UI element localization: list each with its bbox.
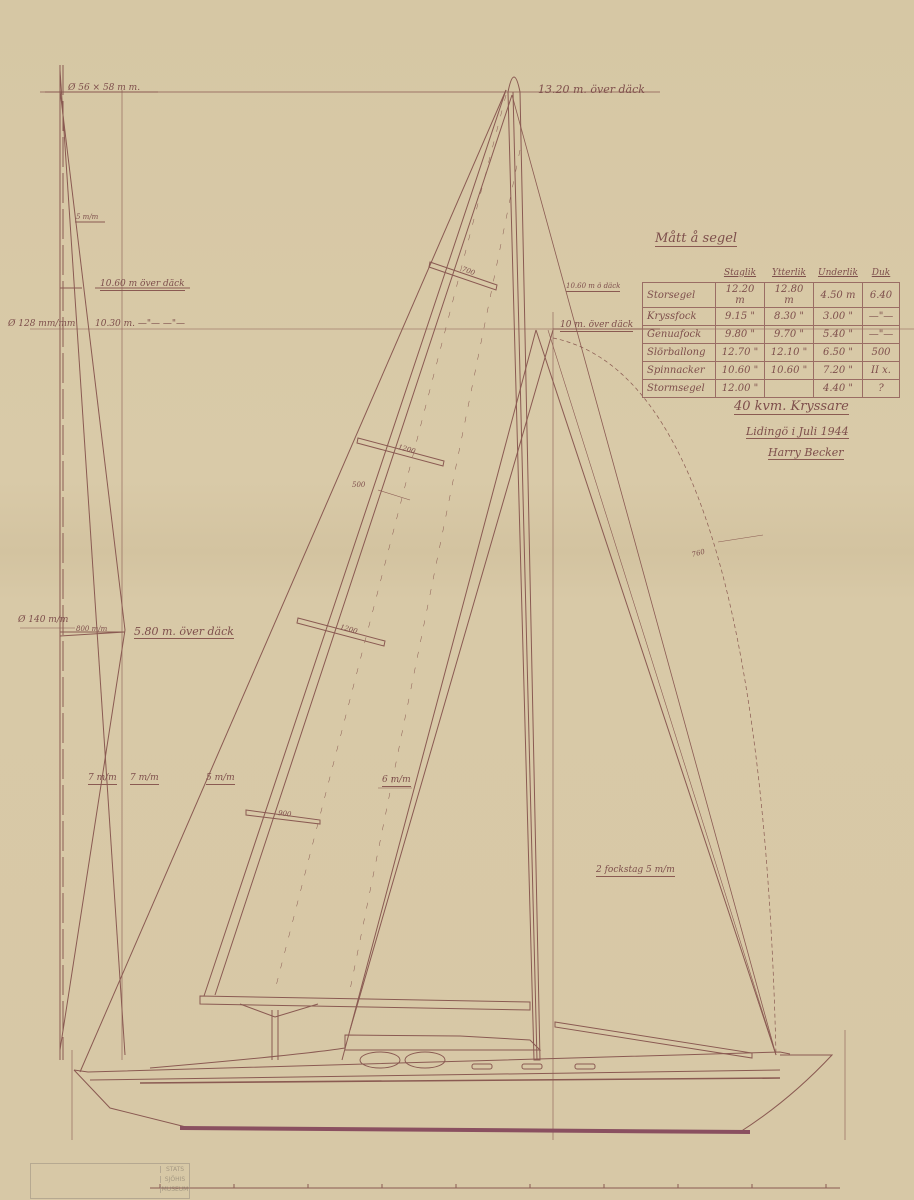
forestay-10m-label: 10 m. över däck bbox=[560, 321, 633, 332]
mast bbox=[508, 77, 540, 1060]
place-date: Lidingö i Juli 1944 bbox=[746, 426, 849, 439]
jib-luff bbox=[342, 330, 536, 1060]
backstay bbox=[80, 90, 506, 1072]
spreader-lower-label: 5.80 m. över däck bbox=[134, 626, 234, 639]
porthole bbox=[405, 1052, 445, 1068]
col-header bbox=[643, 264, 716, 283]
height-10-30-label: 10.30 m. —"— —"— bbox=[95, 320, 185, 329]
spreader-upper-label: 10.60 m över däck bbox=[100, 280, 185, 291]
sail-plan-drawing bbox=[0, 0, 914, 1200]
mast-top-height-label: 13.20 m. över däck bbox=[538, 84, 645, 95]
dimension-500-label: 500 bbox=[352, 482, 365, 489]
sail-table-title: Mått å segel bbox=[655, 232, 737, 247]
shroud-6mm-label: 6 m/m bbox=[382, 776, 411, 787]
shroud-7mm-a-label: 7 m/m bbox=[88, 774, 117, 785]
mast-section-mid-label: Ø 128 mm/mm bbox=[8, 320, 75, 329]
batten-4-label: 900 bbox=[278, 810, 292, 819]
mainsail-luff bbox=[204, 90, 506, 996]
mast-section-top-label: Ø 56 × 58 m m. bbox=[68, 84, 140, 93]
forestays-label: 2 fockstag 5 m/m bbox=[596, 866, 675, 877]
shroud-5mm-label: 5 m/m bbox=[206, 774, 235, 785]
col-header-duk: Duk bbox=[863, 264, 900, 283]
shroud-5mm-top-label: 5 m/m bbox=[76, 214, 98, 221]
sheer-line bbox=[74, 1052, 790, 1072]
forestay bbox=[536, 330, 776, 1055]
forestay-10-60-label: 10.60 m ö däck bbox=[566, 283, 620, 292]
table-row: Slörballong 12.70 " 12.10 " 6.50 " 500 bbox=[643, 344, 900, 362]
drawing-title: 40 kvm. Kryssare bbox=[734, 400, 849, 415]
scale-ticks bbox=[160, 1184, 826, 1188]
col-header-underlik: Underlik bbox=[814, 264, 863, 283]
waterline bbox=[180, 1128, 750, 1132]
hull bbox=[74, 1055, 832, 1132]
cabin-top bbox=[345, 1035, 540, 1050]
spreader-low-length-label: 800 m/m bbox=[76, 626, 107, 633]
table-row: Kryssfock 9.15 " 8.30 " 3.00 " —"— bbox=[643, 308, 900, 326]
table-row: Genuafock 9.80 " 9.70 " 5.40 " —"— bbox=[643, 326, 900, 344]
mast-section-low-label: Ø 140 m/m bbox=[18, 616, 68, 625]
spinnaker-outline bbox=[553, 338, 776, 1055]
sail-dimensions-table: Staglik Ytterlik Underlik Duk Storsegel … bbox=[642, 264, 900, 398]
porthole bbox=[360, 1052, 400, 1068]
table-row: Spinnacker 10.60 " 10.60 " 7.20 " II x. bbox=[643, 362, 900, 380]
table-row: Stormsegel 12.00 " 4.40 " ? bbox=[643, 380, 900, 398]
col-header-ytterlik: Ytterlik bbox=[765, 264, 814, 283]
designer-signature: Harry Becker bbox=[768, 447, 844, 460]
shroud-7mm-b-label: 7 m/m bbox=[130, 774, 159, 785]
table-row: Storsegel 12.20 m 12.80 m 4.50 m 6.40 bbox=[643, 283, 900, 308]
museum-stamp: STATS SJÖHIS MUSEUM bbox=[30, 1163, 190, 1199]
spinnaker-pole bbox=[555, 1022, 752, 1058]
col-header-staglik: Staglik bbox=[716, 264, 765, 283]
